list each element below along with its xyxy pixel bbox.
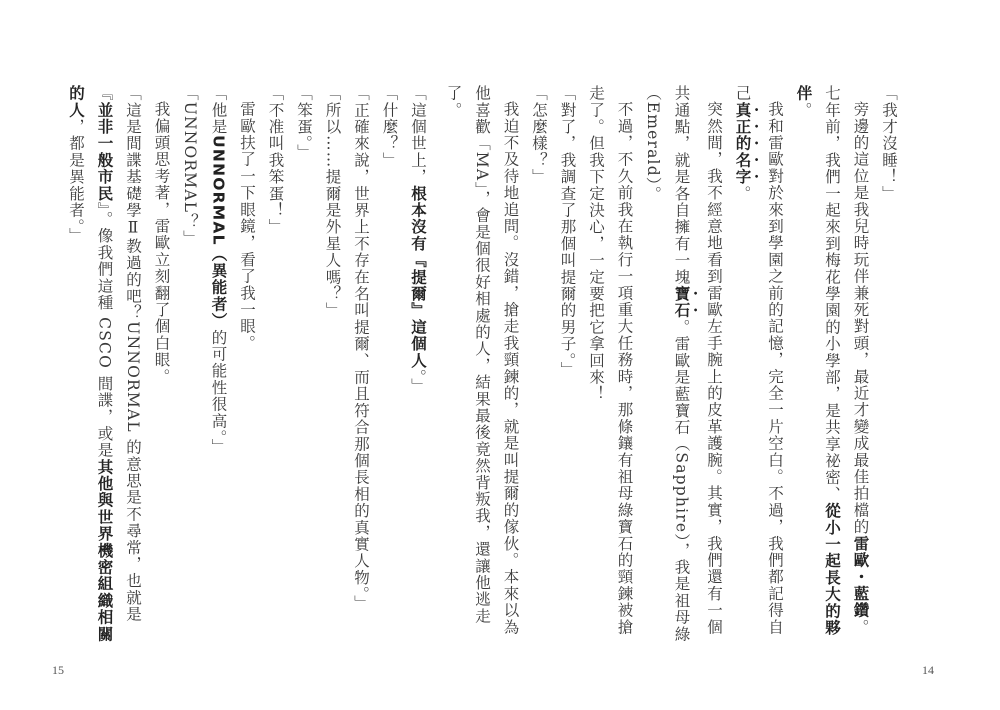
text-segment: 雷歐扶了一下眼鏡，看了我一眼。 [238,101,256,352]
text-segment: 「所以……提爾是外星人嗎？」 [324,85,342,319]
paragraph: 我迫不及待地追問。沒錯，搶走我頸鍊的，就是叫提爾的傢伙。本來以為他喜歡「MA」，… [439,85,525,645]
paragraph: 旁邊的這位是我兒時玩伴兼死對頭，最近才變成最佳拍檔的雷歐・藍鑽。七年前，我們一起… [789,85,875,645]
paragraph: 「正確來說，世界上不存在名叫提爾、而且符合那個長相的真實人物。」 [347,85,376,645]
paragraph: 不過，不久前我在執行一項重大任務時，那條鑲有祖母綠寶石的頸鍊被搶走了。但我下定決… [582,85,639,645]
text-segment: 「怎麼樣？」 [530,85,548,185]
emphasized-text: 雷歐・藍鑽 [852,535,870,619]
left-page: 「這個世上，根本沒有『提爾』這個人。」「什麼？」「正確來說，世界上不存在名叫提爾… [0,0,500,710]
emphasized-text: 根本沒有『提爾』這個人 [409,185,427,369]
paragraph: 「這是間諜基礎學Ⅱ教過的吧？UNNORMAL 的意思是不尋常，也就是『並非一般市… [62,85,148,645]
paragraph: 「笨蛋。」 [290,85,319,645]
paragraph: 雷歐扶了一下眼鏡，看了我一眼。 [233,85,262,645]
emphasized-text: 真正的名字 [734,102,752,186]
right-page: 「我才沒睡！」旁邊的這位是我兒時玩伴兼死對頭，最近才變成最佳拍檔的雷歐・藍鑽。七… [500,0,1000,710]
text-segment: 我偏頭思考著，雷歐立刻翻了個白眼。 [153,101,171,385]
text-segment: 。 [734,185,752,202]
text-segment: 「正確來說，世界上不存在名叫提爾、而且符合那個長相的真實人物。」 [352,85,370,612]
text-segment: 「不准叫我笨蛋！」 [267,85,285,235]
right-page-text: 「我才沒睡！」旁邊的這位是我兒時玩伴兼死對頭，最近才變成最佳拍檔的雷歐・藍鑽。七… [439,85,903,645]
text-segment: 。」 [409,369,427,395]
text-segment: 「我才沒睡！」 [880,85,898,202]
text-segment: 』。像我們這種 CSCO 間諜，或是 [96,202,114,459]
text-segment: 「這個世上， [409,85,427,185]
text-segment: 「笨蛋。」 [295,85,313,161]
paragraph: 「怎麼樣？」 [525,85,554,645]
text-segment: 我迫不及待地追問。沒錯，搶走我頸鍊的，就是叫提爾的傢伙。本來以為他喜歡「MA」，… [445,85,520,635]
page-number-left: 15 [52,663,64,678]
text-segment: 「什麼？」 [381,85,399,169]
paragraph: 我偏頭思考著，雷歐立刻翻了個白眼。 [147,85,176,645]
paragraph: 「UNNORMAL？」 [176,85,205,645]
text-segment: 「UNNORMAL？」 [181,85,199,247]
emphasized-text: 並非一般市民 [96,102,114,202]
text-segment: ，都是異能者。」 [67,118,85,244]
text-segment: 不過，不久前我在執行一項重大任務時，那條鑲有祖母綠寶石的頸鍊被搶走了。但我下定決… [587,85,634,635]
paragraph: 「不准叫我笨蛋！」 [261,85,290,645]
paragraph: 「我才沒睡！」 [875,85,904,645]
text-segment: 旁邊的這位是我兒時玩伴兼死對頭，最近才變成最佳拍檔的 [852,101,870,535]
paragraph: 「所以……提爾是外星人嗎？」 [318,85,347,645]
text-segment: 。 [795,102,813,119]
paragraph: 突然間，我不經意地看到雷歐左手腕上的皮革護腕。其實，我們還有一個共通點，就是各自… [639,85,729,645]
text-segment: 「他是 [210,85,228,135]
paragraph: 「這個世上，根本沒有『提爾』這個人。」 [404,85,433,645]
text-segment: 「對了，我調查了那個叫提爾的男子。」 [559,85,577,378]
page-number-right: 14 [922,663,934,678]
left-page-text: 「這個世上，根本沒有『提爾』這個人。」「什麼？」「正確來說，世界上不存在名叫提爾… [62,85,433,645]
emphasized-text: 寶石 [673,285,691,318]
paragraph: 「對了，我調查了那個叫提爾的男子。」 [553,85,582,645]
paragraph: 「什麼？」 [375,85,404,645]
text-segment: 的可能性很高。」 [210,329,228,455]
paragraph: 「他是UNNORMAL（異能者）的可能性很高。」 [204,85,233,645]
paragraph: 我和雷歐對於來到學園之前的記憶，完全一片空白。不過，我們都記得自己真正的名字。 [728,85,789,645]
emphasized-text: UNNORMAL（異能者） [210,135,228,329]
